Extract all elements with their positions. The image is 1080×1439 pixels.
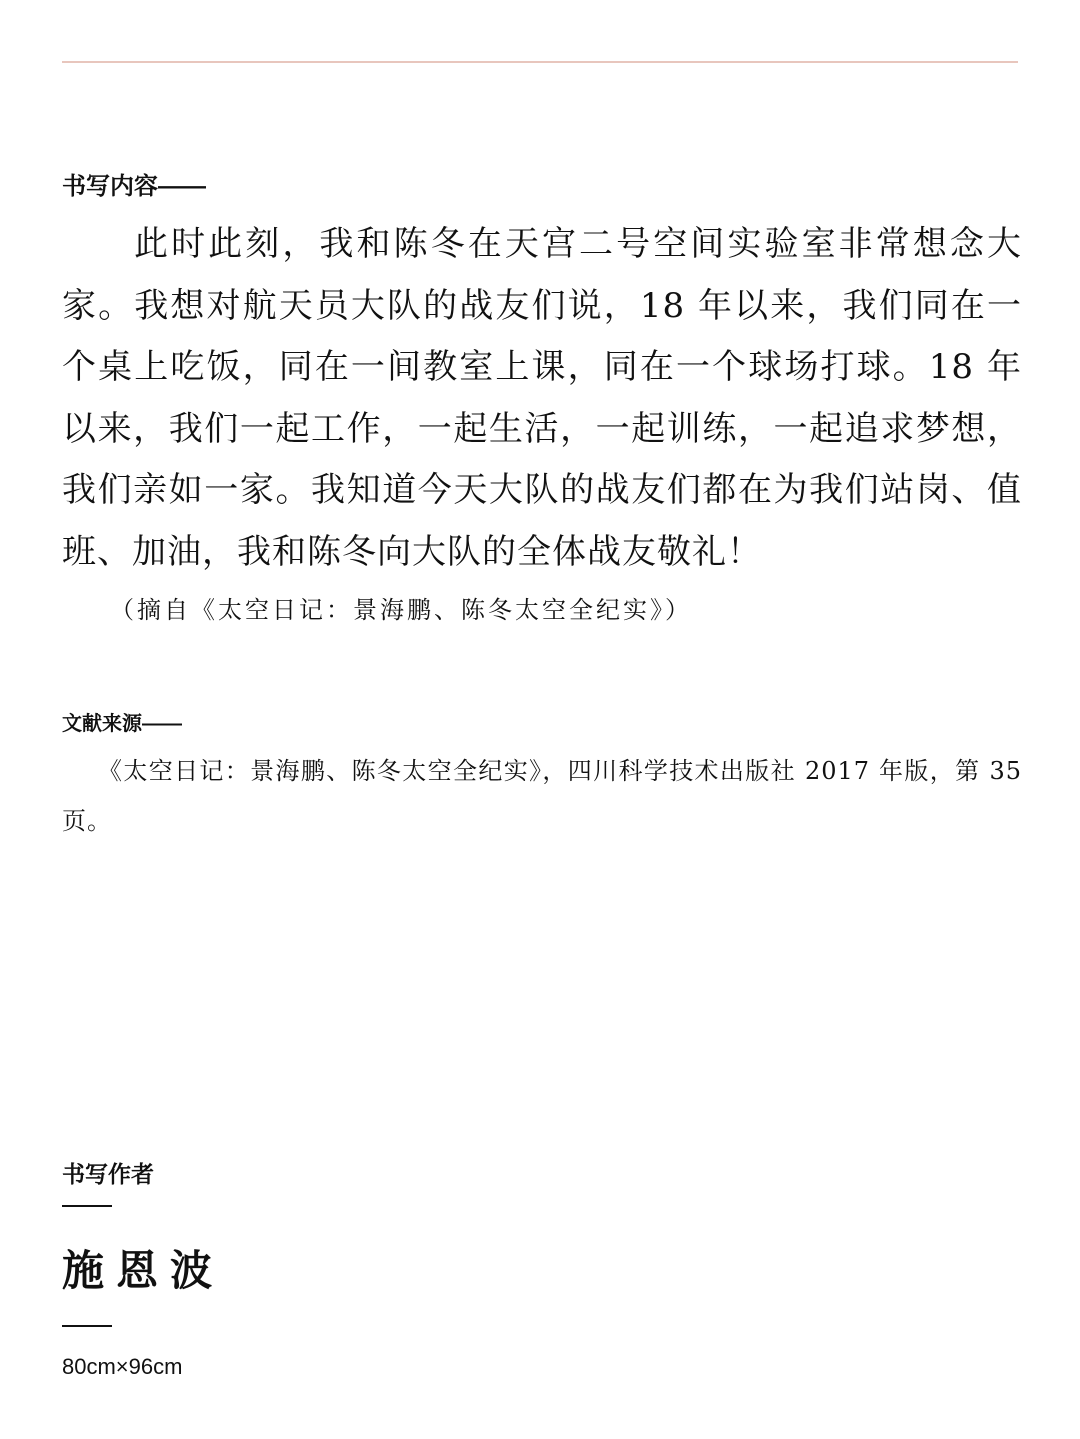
top-divider xyxy=(62,61,1018,63)
content-section-label: 书写内容—— xyxy=(62,166,206,201)
author-divider-top xyxy=(62,1205,112,1207)
source-section-label: 文献来源—— xyxy=(62,707,182,736)
source-body: 《太空日记：景海鹏、陈冬太空全纪实》，四川科学技术出版社 2017 年版，第 3… xyxy=(62,746,1022,846)
content-paragraph: 此时此刻，我和陈冬在天宫二号空间实验室非常想念大家。我想对航天员大队的战友们说，… xyxy=(62,214,1022,583)
author-divider-bottom xyxy=(62,1325,112,1327)
source-citation: 《太空日记：景海鹏、陈冬太空全纪实》，四川科学技术出版社 2017 年版，第 3… xyxy=(62,746,1022,846)
author-section-label: 书写作者 xyxy=(62,1156,154,1189)
artwork-dimensions: 80cm×96cm xyxy=(62,1354,182,1380)
author-name: 施恩波 xyxy=(62,1238,224,1298)
excerpt-note: （摘自《太空日记：景海鹏、陈冬太空全纪实》） xyxy=(110,590,692,625)
content-body: 此时此刻，我和陈冬在天宫二号空间实验室非常想念大家。我想对航天员大队的战友们说，… xyxy=(62,214,1022,583)
